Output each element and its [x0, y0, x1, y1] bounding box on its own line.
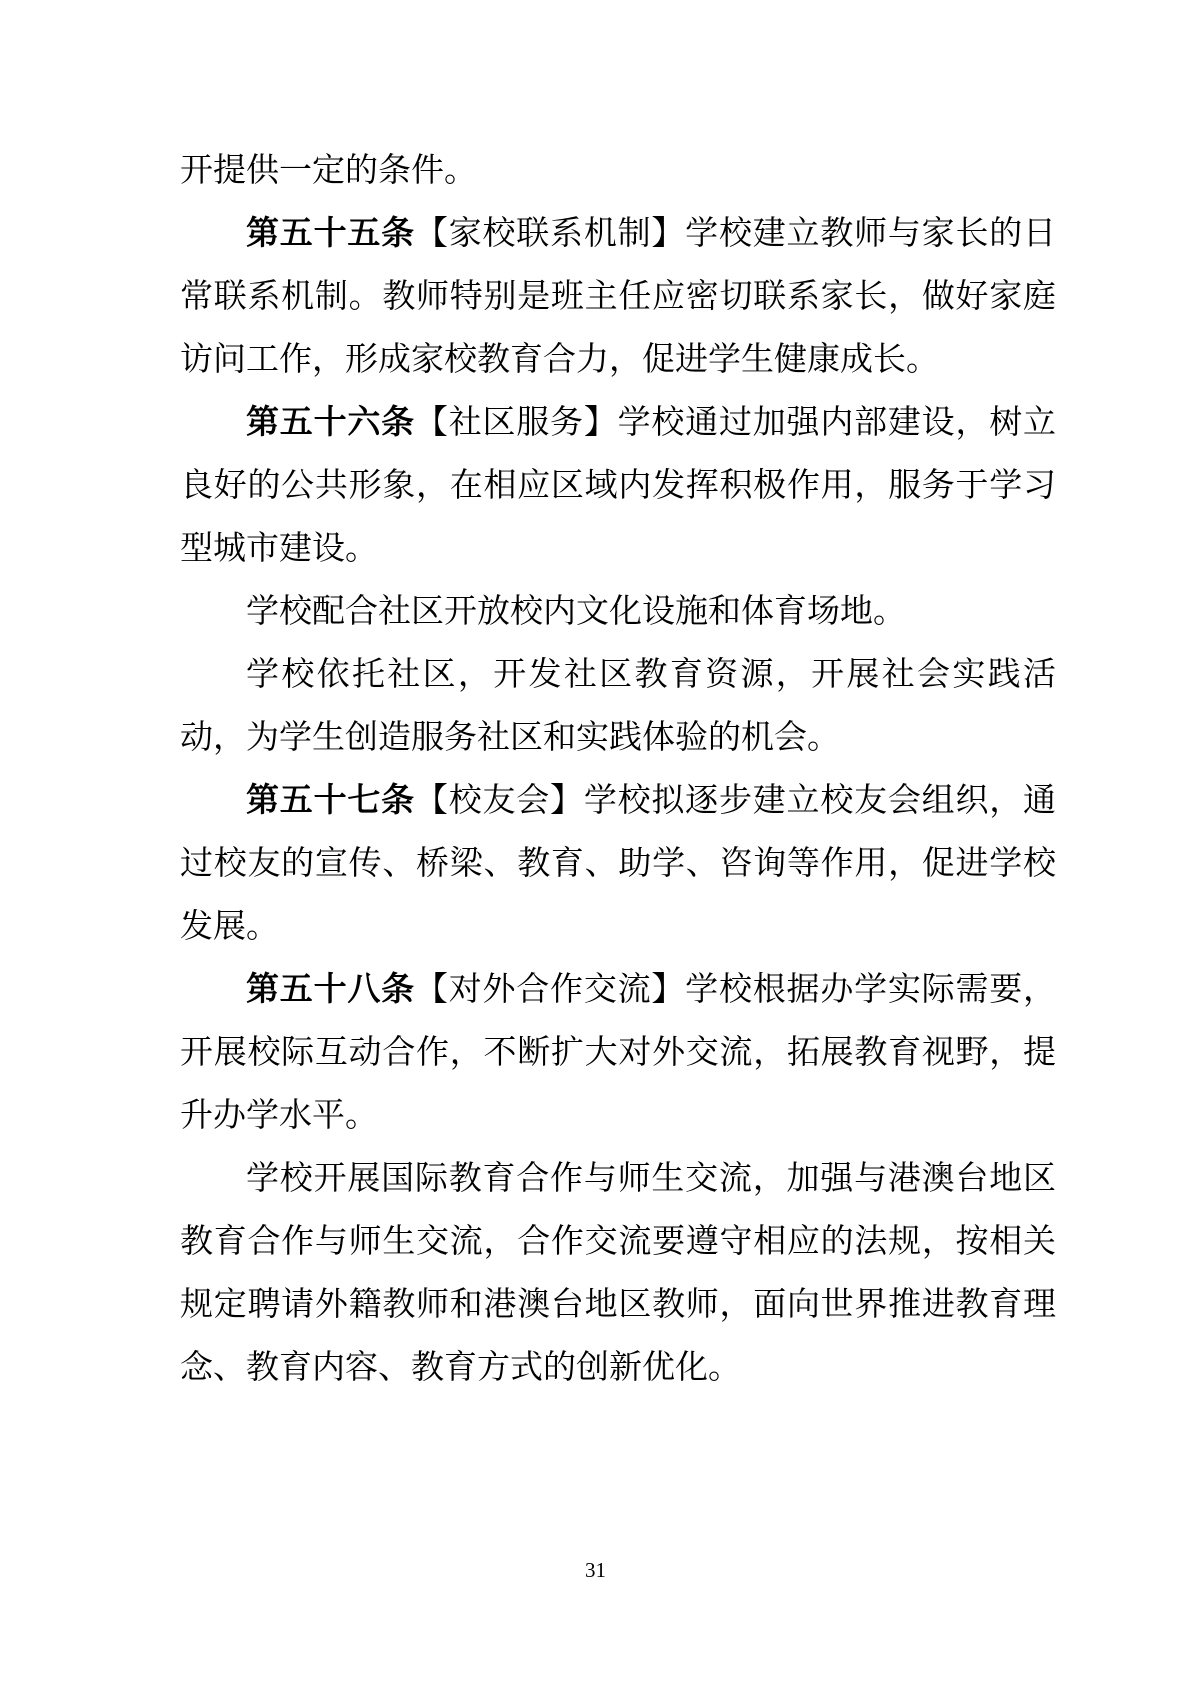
document-page: 开提供一定的条件。 第五十五条【家校联系机制】学校建立教师与家长的日常联系机制。… [0, 0, 1191, 1684]
paragraph: 第五十五条【家校联系机制】学校建立教师与家长的日常联系机制。教师特别是班主任应密… [180, 203, 1056, 392]
paragraph: 第五十六条【社区服务】学校通过加强内部建设，树立良好的公共形象，在相应区域内发挥… [180, 392, 1056, 581]
paragraph: 学校开展国际教育合作与师生交流，加强与港澳台地区教育合作与师生交流，合作交流要遵… [180, 1148, 1056, 1400]
article-number: 第五十八条 [246, 972, 415, 1008]
article-number: 第五十七条 [246, 783, 415, 819]
article-number: 第五十六条 [246, 405, 415, 441]
page-number: 31 [0, 1556, 1191, 1584]
paragraph: 第五十八条【对外合作交流】学校根据办学实际需要，开展校际互动合作，不断扩大对外交… [180, 959, 1056, 1148]
paragraph: 学校依托社区，开发社区教育资源，开展社会实践活动，为学生创造服务社区和实践体验的… [180, 644, 1056, 770]
article-number: 第五十五条 [246, 216, 415, 252]
paragraph-text: 学校依托社区，开发社区教育资源，开展社会实践活动，为学生创造服务社区和实践体验的… [180, 657, 1056, 756]
paragraph: 第五十七条【校友会】学校拟逐步建立校友会组织，通过校友的宣传、桥梁、教育、助学、… [180, 770, 1056, 959]
paragraph-text: 学校开展国际教育合作与师生交流，加强与港澳台地区教育合作与师生交流，合作交流要遵… [180, 1161, 1056, 1386]
paragraph-text: 学校配合社区开放校内文化设施和体育场地。 [246, 594, 906, 630]
paragraph: 开提供一定的条件。 [180, 140, 1056, 203]
paragraph: 学校配合社区开放校内文化设施和体育场地。 [180, 581, 1056, 644]
paragraph-text: 开提供一定的条件。 [180, 153, 477, 189]
document-body: 开提供一定的条件。 第五十五条【家校联系机制】学校建立教师与家长的日常联系机制。… [180, 140, 1056, 1400]
